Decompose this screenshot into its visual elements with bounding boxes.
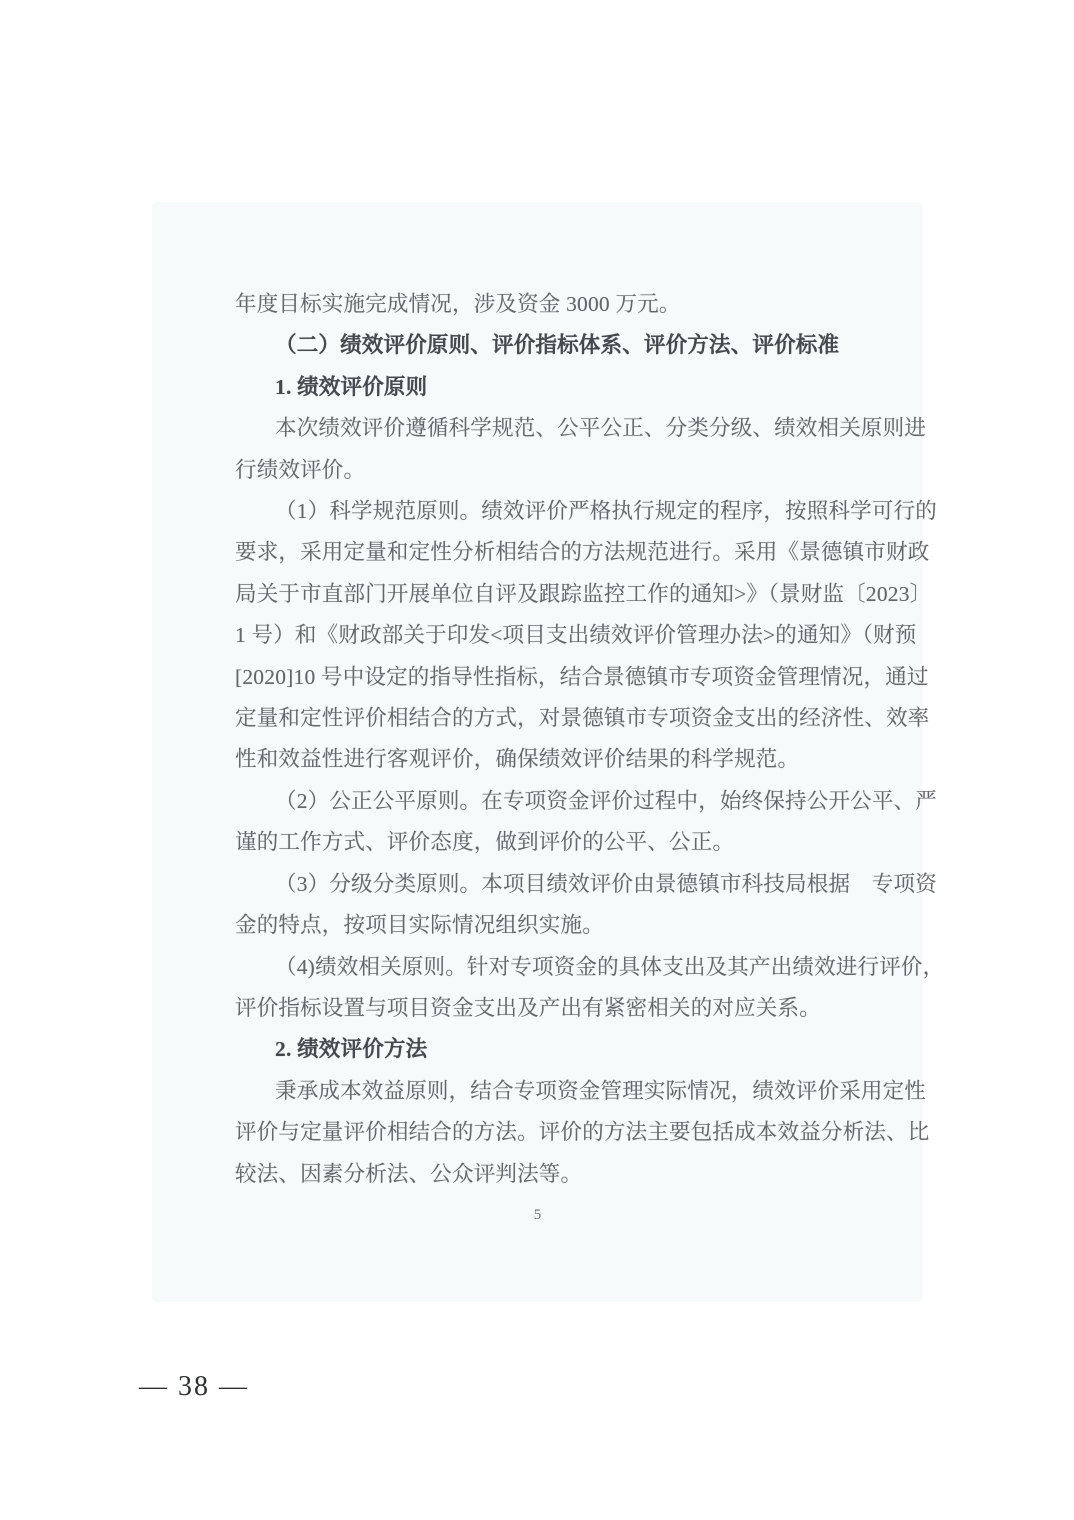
doc-text-line: 1 号）和《财政部关于印发<项目支出绩效评价管理办法>的通知》（财预 xyxy=(235,615,915,656)
doc-text-line: 较法、因素分析法、公众评判法等。 xyxy=(235,1154,915,1195)
doc-text-line: 性和效益性进行客观评价，确保绩效评价结果的科学规范。 xyxy=(235,739,915,780)
doc-text-line: 评价与定量评价相结合的方法。评价的方法主要包括成本效益分析法、比 xyxy=(235,1112,915,1153)
doc-heading-line: （二）绩效评价原则、评价指标体系、评价方法、评价标准 xyxy=(235,325,915,366)
doc-text-line: （2）公正公平原则。在专项资金评价过程中，始终保持公开公平、严 xyxy=(235,781,915,822)
scanned-page: 年度目标实施完成情况，涉及资金 3000 万元。（二）绩效评价原则、评价指标体系… xyxy=(152,202,923,1302)
folio-page-label: — 38 — xyxy=(139,1371,249,1403)
page-number: 5 xyxy=(152,1207,923,1224)
doc-text-line: 本次绩效评价遵循科学规范、公平公正、分类分级、绩效相关原则进 xyxy=(235,408,915,449)
document-body: 年度目标实施完成情况，涉及资金 3000 万元。（二）绩效评价原则、评价指标体系… xyxy=(235,284,915,1195)
doc-text-line: 评价指标设置与项目资金支出及产出有紧密相关的对应关系。 xyxy=(235,988,915,1029)
doc-text-line: 秉承成本效益原则，结合专项资金管理实际情况，绩效评价采用定性 xyxy=(235,1071,915,1112)
doc-text-line: [2020]10 号中设定的指导性指标，结合景德镇市专项资金管理情况，通过 xyxy=(235,657,915,698)
doc-text-line: （4)绩效相关原则。针对专项资金的具体支出及其产出绩效进行评价， xyxy=(235,947,915,988)
doc-text-line: 局关于市直部门开展单位自评及跟踪监控工作的通知>》（景财监〔2023〕 xyxy=(235,574,915,615)
doc-text-line: 定量和定性评价相结合的方式，对景德镇市专项资金支出的经济性、效率 xyxy=(235,698,915,739)
doc-text-line: 年度目标实施完成情况，涉及资金 3000 万元。 xyxy=(235,284,915,325)
doc-text-line: （3）分级分类原则。本项目绩效评价由景德镇市科技局根据 专项资 xyxy=(235,864,915,905)
doc-text-line: （1）科学规范原则。绩效评价严格执行规定的程序，按照科学可行的 xyxy=(235,491,915,532)
doc-text-line: 要求，采用定量和定性分析相结合的方法规范进行。采用《景德镇市财政 xyxy=(235,532,915,573)
doc-text-line: 谨的工作方式、评价态度，做到评价的公平、公正。 xyxy=(235,822,915,863)
doc-heading-line: 1. 绩效评价原则 xyxy=(235,367,915,408)
doc-text-line: 金的特点，按项目实际情况组织实施。 xyxy=(235,905,915,946)
doc-heading-line: 2. 绩效评价方法 xyxy=(235,1029,915,1070)
doc-text-line: 行绩效评价。 xyxy=(235,450,915,491)
